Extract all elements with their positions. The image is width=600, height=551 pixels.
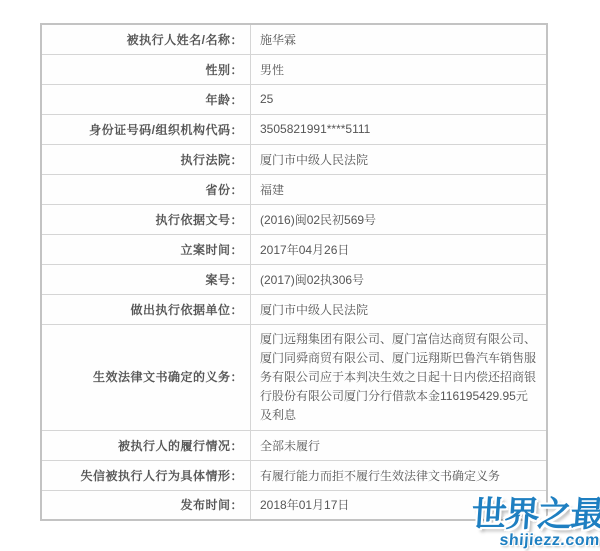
table-row: 案号： (2017)闽02执306号 (41, 264, 547, 294)
row-label: 做出执行依据单位： (41, 294, 251, 324)
row-label: 身份证号码/组织机构代码： (41, 114, 251, 144)
table-row: 执行法院： 厦门市中级人民法院 (41, 144, 547, 174)
row-label: 省份： (41, 174, 251, 204)
row-value: 25 (251, 84, 548, 114)
row-value: 2018年01月17日 (251, 490, 548, 520)
row-value: 有履行能力而拒不履行生效法律文书确定义务 (251, 460, 548, 490)
row-label: 执行法院： (41, 144, 251, 174)
table-row: 省份： 福建 (41, 174, 547, 204)
row-value: 2017年04月26日 (251, 234, 548, 264)
row-label: 案号： (41, 264, 251, 294)
row-value: 厦门市中级人民法院 (251, 144, 548, 174)
row-value: 厦门远翔集团有限公司、厦门富信达商贸有限公司、厦门同舜商贸有限公司、厦门远翔斯巴… (251, 324, 548, 430)
row-label: 被执行人的履行情况： (41, 430, 251, 460)
site-watermark-url: shijiezz.com (469, 533, 600, 549)
row-label: 执行依据文号： (41, 204, 251, 234)
debtor-record-table: 被执行人姓名/名称： 施华霖 性别： 男性 年龄： 25 身份证号码/组织机构代… (40, 23, 548, 521)
row-value: 福建 (251, 174, 548, 204)
row-value: (2016)闽02民初569号 (251, 204, 548, 234)
row-label: 立案时间： (41, 234, 251, 264)
row-value: 施华霖 (251, 24, 548, 54)
table-row: 立案时间： 2017年04月26日 (41, 234, 547, 264)
table-row-obligation: 生效法律文书确定的义务： 厦门远翔集团有限公司、厦门富信达商贸有限公司、厦门同舜… (41, 324, 547, 430)
row-value: 全部未履行 (251, 430, 548, 460)
table-row: 身份证号码/组织机构代码： 3505821991****5111 (41, 114, 547, 144)
table-row: 年龄： 25 (41, 84, 547, 114)
table-row: 发布时间： 2018年01月17日 (41, 490, 547, 520)
row-label: 性别： (41, 54, 251, 84)
page: 被执行人姓名/名称： 施华霖 性别： 男性 年龄： 25 身份证号码/组织机构代… (0, 0, 600, 551)
row-value: 3505821991****5111 (251, 114, 548, 144)
row-label: 被执行人姓名/名称： (41, 24, 251, 54)
row-label: 失信被执行人行为具体情形： (41, 460, 251, 490)
table-row: 被执行人姓名/名称： 施华霖 (41, 24, 547, 54)
table-row: 被执行人的履行情况： 全部未履行 (41, 430, 547, 460)
row-value: 男性 (251, 54, 548, 84)
table-row: 做出执行依据单位： 厦门市中级人民法院 (41, 294, 547, 324)
table-row: 失信被执行人行为具体情形： 有履行能力而拒不履行生效法律文书确定义务 (41, 460, 547, 490)
table-row: 性别： 男性 (41, 54, 547, 84)
row-value: (2017)闽02执306号 (251, 264, 548, 294)
row-label: 年龄： (41, 84, 251, 114)
row-label: 生效法律文书确定的义务： (41, 324, 251, 430)
table-row: 执行依据文号： (2016)闽02民初569号 (41, 204, 547, 234)
row-label: 发布时间： (41, 490, 251, 520)
row-value: 厦门市中级人民法院 (251, 294, 548, 324)
